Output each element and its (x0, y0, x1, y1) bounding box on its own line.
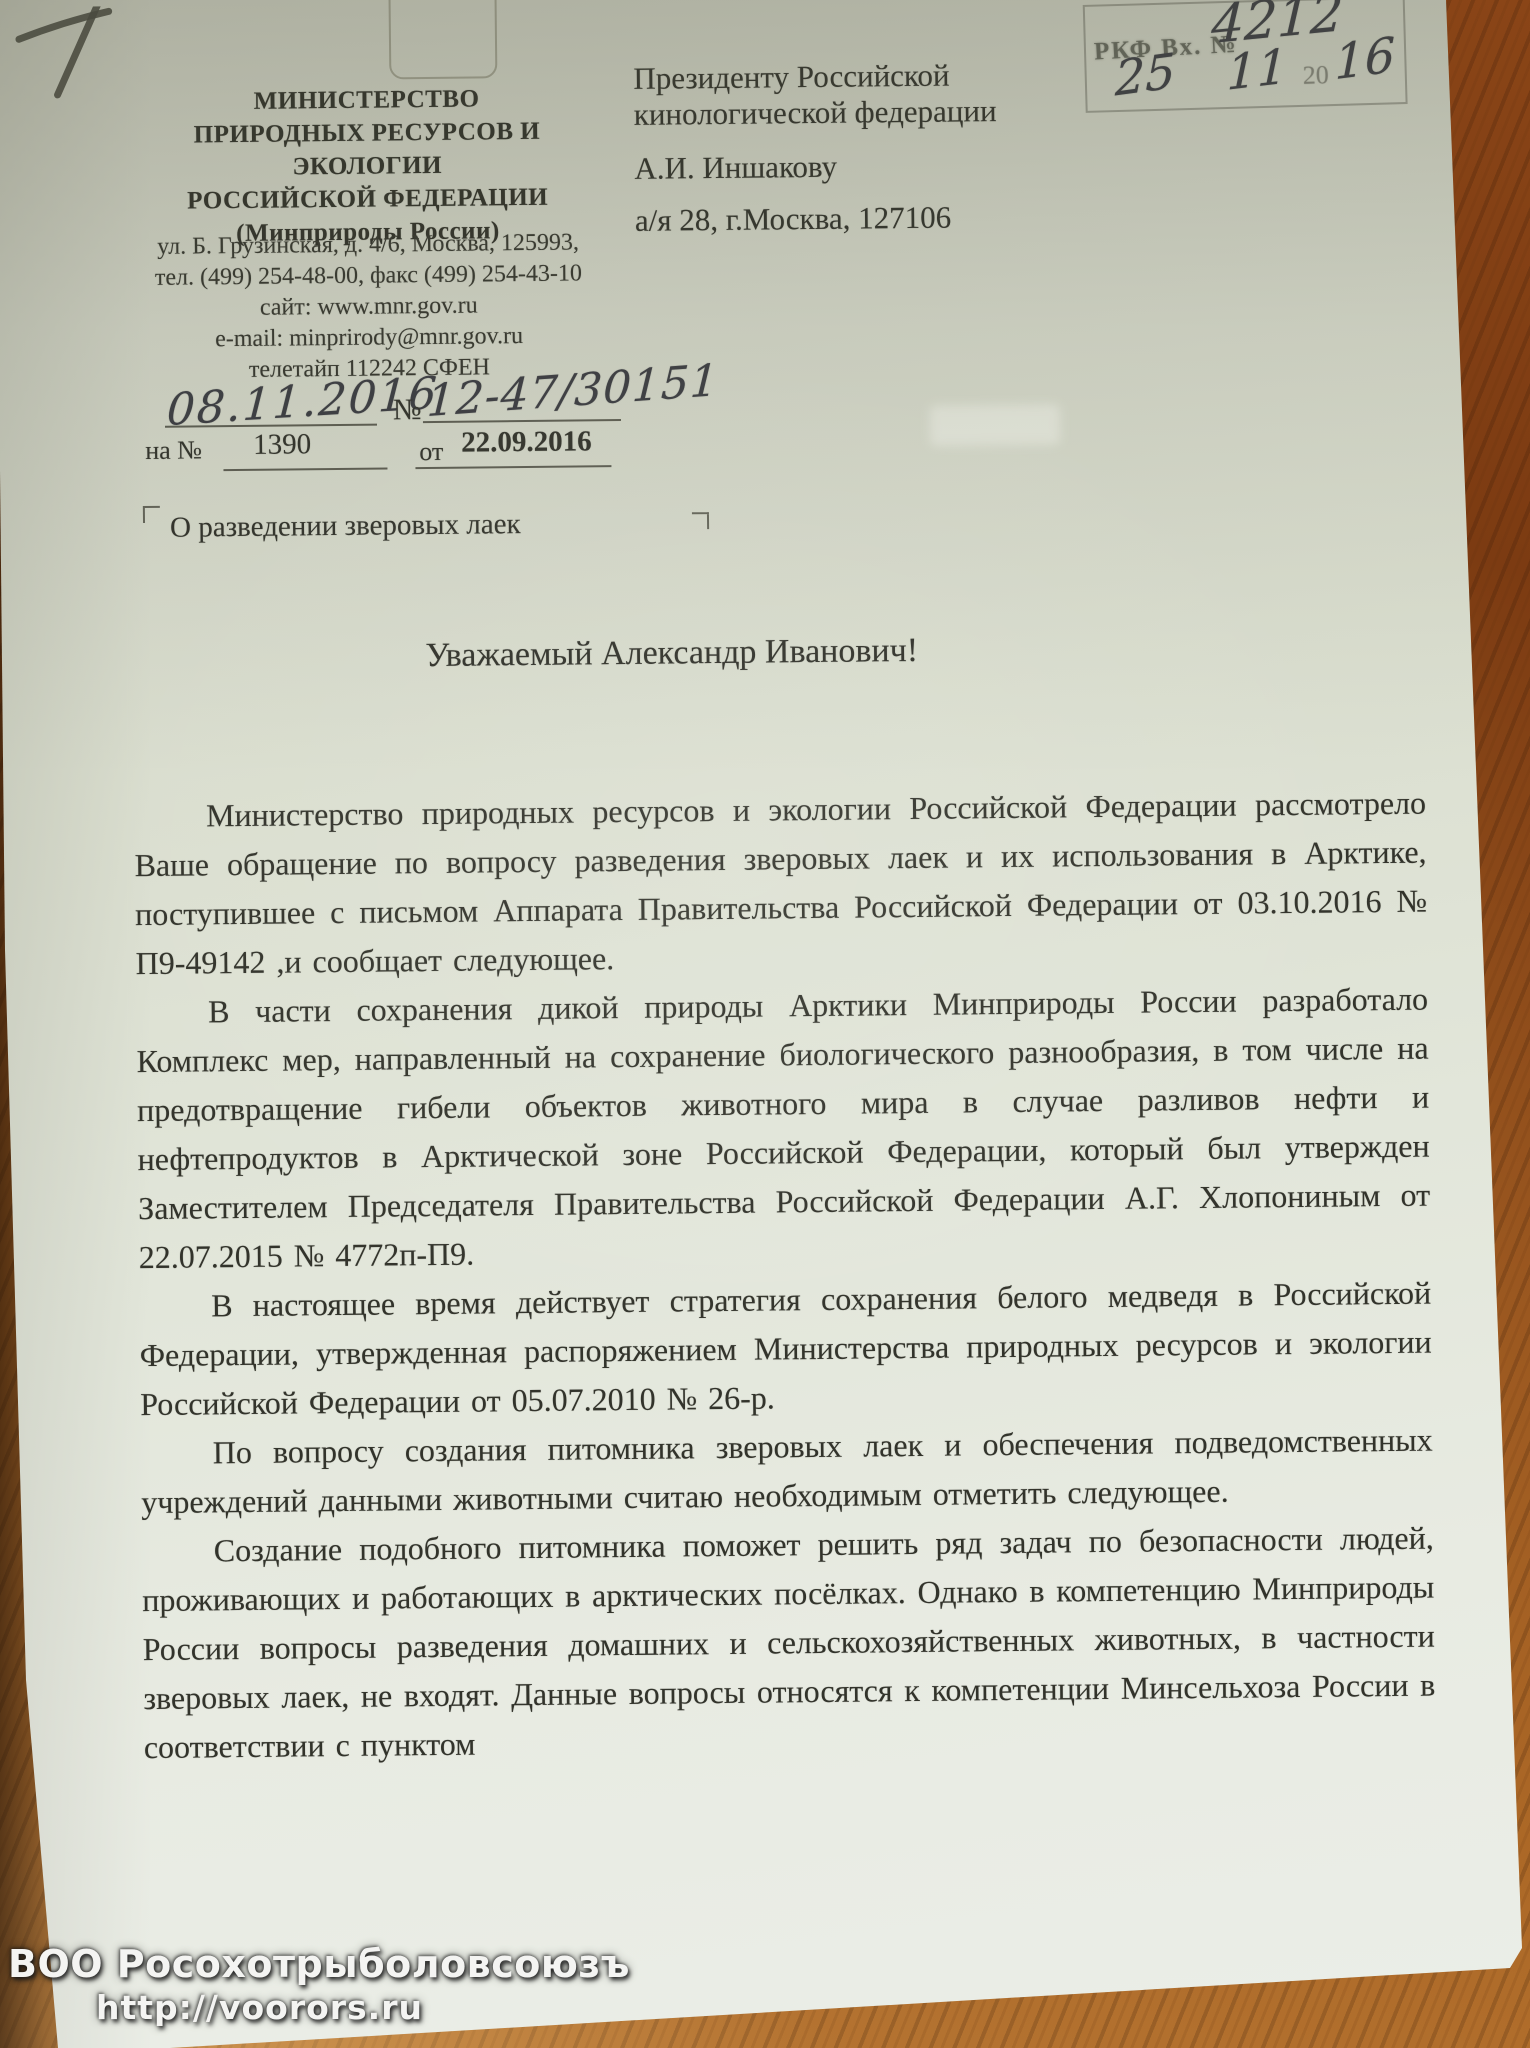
emblem-placeholder-outline (388, 0, 497, 79)
stamp-year-prefix-printed: 20 (1302, 60, 1329, 91)
body-paragraph: По вопросу создания питомника зверовых л… (141, 1416, 1434, 1528)
outgoing-number-label: № (393, 393, 422, 427)
document-paper: МИНИСТЕРСТВО ПРИРОДНЫХ РЕСУРСОВ И ЭКОЛОГ… (0, 0, 1530, 2048)
incoming-registration-stamp: РКФ Вх. № 4212 25 11 20 16 (1083, 0, 1408, 113)
reply-to-number-underline (223, 467, 387, 471)
document-content: МИНИСТЕРСТВО ПРИРОДНЫХ РЕСУРСОВ И ЭКОЛОГ… (0, 0, 1530, 2048)
addressee-name: А.И. Иншакову (634, 147, 997, 187)
letter-body: Министерство природных ресурсов и эколог… (134, 779, 1436, 1772)
reply-to-number: 1390 (253, 428, 311, 462)
org-line: МИНИСТЕРСТВО (119, 81, 613, 119)
body-paragraph: В части сохранения дикой природы Арктики… (136, 975, 1431, 1283)
stamp-year-handwritten: 16 (1334, 27, 1395, 92)
watermark-url: http://voorors.ru (96, 1988, 423, 2027)
subject-corner-mark-right (692, 512, 709, 529)
faded-ink-patch (930, 404, 1060, 445)
subject-corner-mark-left (143, 506, 160, 523)
org-line: ПРИРОДНЫХ РЕСУРСОВ И ЭКОЛОГИИ (120, 114, 615, 185)
letterhead-phone-fax: тел. (499) 254-48-00, факс (499) 254-43-… (111, 258, 625, 294)
reply-from-label: от (419, 437, 443, 467)
subject-line: О разведении зверовых лаек (170, 508, 521, 545)
body-paragraph: Создание подобного питомника поможет реш… (142, 1514, 1436, 1773)
body-paragraph: Министерство природных ресурсов и эколог… (134, 779, 1428, 989)
addressee-block: Президенту Российской кинологической фед… (633, 57, 998, 239)
reply-to-date: 22.09.2016 (461, 425, 592, 459)
salutation: Уважаемый Александр Иванович! (425, 632, 918, 675)
addressee-postal-address: а/я 28, г.Москва, 127106 (635, 199, 998, 239)
watermark-org-name: ВОО Росохотрыболовсоюзъ (8, 1942, 630, 1986)
photo-of-letter-on-desk: МИНИСТЕРСТВО ПРИРОДНЫХ РЕСУРСОВ И ЭКОЛОГ… (0, 0, 1530, 2048)
stamp-month-handwritten: 11 (1226, 38, 1288, 102)
reply-to-number-label: на № (145, 435, 202, 466)
org-line: РОССИЙСКОЙ ФЕДЕРАЦИИ (120, 180, 614, 218)
body-paragraph: В настоящее время действует стратегия со… (139, 1269, 1432, 1430)
reply-to-date-underline (415, 465, 611, 469)
stamp-day-handwritten: 25 (1115, 43, 1176, 108)
letterhead-contact-block: ул. Б. Грузинская, д. 4/6, Москва, 12599… (111, 227, 627, 387)
addressee-title-line1: Президенту Российской (633, 57, 996, 97)
addressee-title-line2: кинологической федерации (634, 93, 997, 133)
letterhead-org-name: МИНИСТЕРСТВО ПРИРОДНЫХ РЕСУРСОВ И ЭКОЛОГ… (119, 81, 615, 251)
pen-mark-icon (7, 6, 128, 107)
